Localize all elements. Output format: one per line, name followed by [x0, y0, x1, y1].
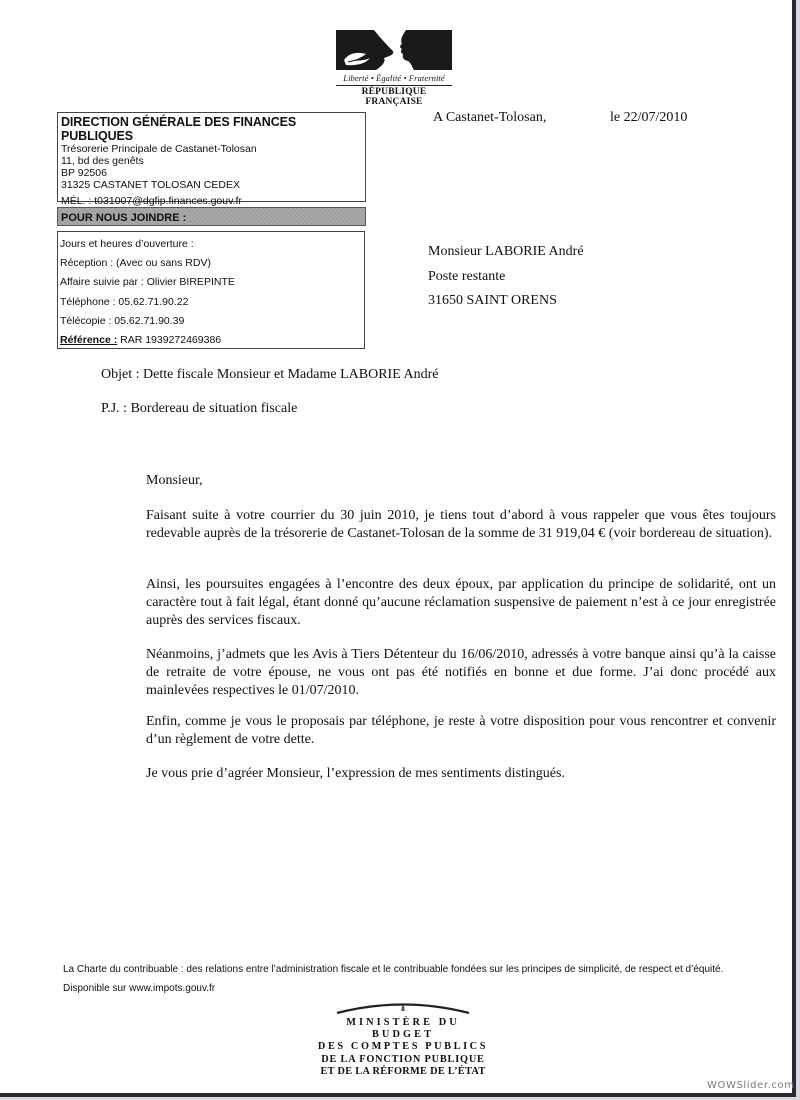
reference-value: RAR 1939272469386: [117, 334, 221, 346]
body-paragraph: Faisant suite à votre courrier du 30 jui…: [146, 507, 776, 543]
sender-line: Trésorerie Principale de Castanet-Tolosa…: [61, 143, 365, 155]
body-paragraph: Néanmoins, j’admets que les Avis à Tiers…: [146, 646, 776, 700]
contact-header: POUR NOUS JOINDRE :: [61, 212, 186, 224]
body-paragraph: Ainsi, les poursuites engagées à l’encon…: [146, 576, 776, 630]
letter-place: A Castanet-Tolosan,: [433, 110, 546, 126]
recipient-line: Poste restante: [428, 265, 584, 290]
letter-attachments: P.J. : Bordereau de situation fiscale: [101, 401, 297, 417]
ministry-line: MINISTÈRE DU BUDGET: [313, 1017, 493, 1041]
reception: Réception : (Avec ou sans RDV): [60, 254, 364, 273]
closing-paragraph: Je vous prie d’agréer Monsieur, l’expres…: [146, 765, 776, 783]
ministry-line: DES COMPTES PUBLICS: [313, 1041, 493, 1053]
logo-country-name: RÉPUBLIQUE FRANÇAISE: [336, 85, 452, 107]
sender-line: 31325 CASTANET TOLOSAN CEDEX: [61, 179, 365, 191]
contact-header-bar: POUR NOUS JOINDRE :: [57, 207, 366, 226]
sender-line: BP 92506: [61, 167, 365, 179]
fax-number: Télécopie : 05.62.71.90.39: [60, 312, 364, 331]
reference-label: Référence :: [60, 334, 117, 346]
marianne-logo-icon: [336, 30, 452, 70]
case-handler: Affaire suivie par : Olivier BIREPINTE: [60, 273, 364, 292]
sender-block: DIRECTION GÉNÉRALE DES FINANCES PUBLIQUE…: [57, 112, 366, 202]
salutation: Monsieur,: [146, 472, 776, 490]
recipient-address: Monsieur LABORIE André Poste restante 31…: [428, 240, 584, 314]
taxpayer-charter-note: La Charte du contribuable : des relation…: [63, 960, 743, 998]
page-shadow-right: [796, 0, 800, 1100]
ministry-arc-logo-icon: [333, 998, 473, 1014]
republique-francaise-logo: Liberté • Égalité • Fraternité RÉPUBLIQU…: [336, 30, 452, 107]
ministry-line: ET DE LA RÉFORME DE L’ÉTAT: [313, 1066, 493, 1078]
phone-number: Téléphone : 05.62.71.90.22: [60, 293, 364, 312]
contact-block: Jours et heures d’ouverture : Réception …: [57, 231, 365, 349]
logo-motto: Liberté • Égalité • Fraternité: [336, 73, 452, 83]
letter-subject: Objet : Dette fiscale Monsieur et Madame…: [101, 367, 438, 383]
sender-line: 11, bd des genêts: [61, 155, 365, 167]
ministry-line: DE LA FONCTION PUBLIQUE: [313, 1054, 493, 1066]
sender-title: DIRECTION GÉNÉRALE DES FINANCES PUBLIQUE…: [61, 115, 365, 143]
recipient-line: 31650 SAINT ORENS: [428, 289, 584, 314]
sender-email: MÉL. : t031007@dgfip.finances.gouv.fr: [61, 195, 365, 207]
reference: Référence : RAR 1939272469386: [60, 331, 364, 350]
ministry-footer: MINISTÈRE DU BUDGET DES COMPTES PUBLICS …: [313, 998, 493, 1078]
watermark: WOWSlider.com: [707, 1080, 795, 1091]
opening-hours: Jours et heures d’ouverture :: [60, 235, 364, 254]
body-paragraph: Enfin, comme je vous le proposais par té…: [146, 713, 776, 749]
recipient-name: Monsieur LABORIE André: [428, 240, 584, 265]
letter-date: le 22/07/2010: [610, 110, 687, 126]
